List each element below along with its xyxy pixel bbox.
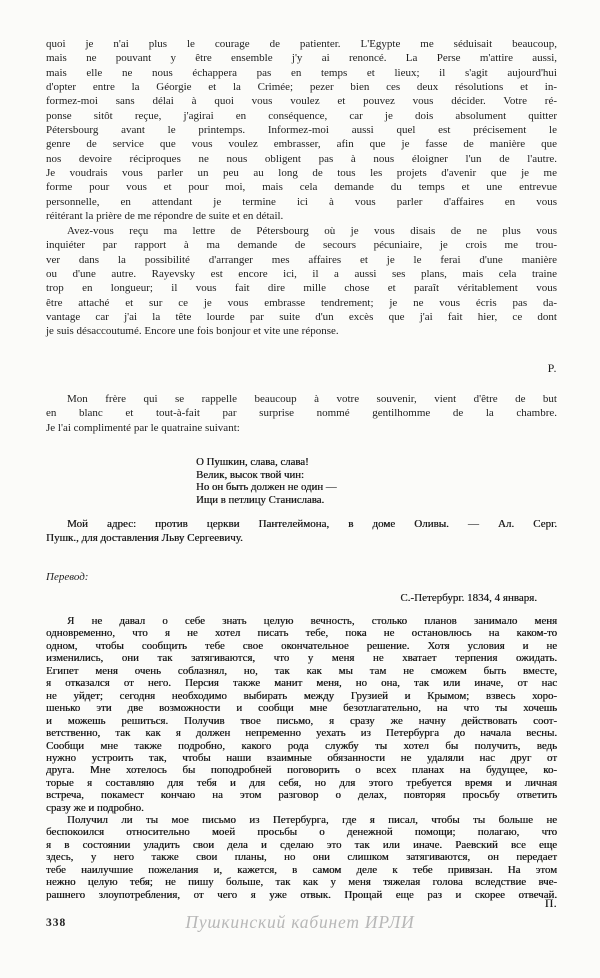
text-line: шенько эти две возможности и сообщи мне … xyxy=(46,702,557,714)
text-line: беспокоился относительно моей просьбы о … xyxy=(46,826,557,838)
french-paragraph-1: quoi je n'ai plus le courage de patiente… xyxy=(46,37,557,223)
text-line: я в состоянии уладить свои дела и сделаю… xyxy=(46,839,557,851)
text-line: Pétersbourg avant le printemps. Informez… xyxy=(46,123,557,137)
text-line: одном, чтобы сообщить тебе свое окончате… xyxy=(46,640,557,652)
text-line: formez-moi sans délai à quoi vous voulez… xyxy=(46,94,557,108)
translation-label: Перевод: xyxy=(46,571,557,583)
text-line: être attaché et sur ce je vous embrasse … xyxy=(46,296,557,310)
text-line: personnelle, en attendant je termine ici… xyxy=(46,195,557,209)
text-line: тебе наилучшие пожелания и, кажется, в с… xyxy=(46,864,557,876)
text-line: здесь, у него также свои планы, но они с… xyxy=(46,851,557,863)
text-line: ver dans la possibilité d'arranger mes a… xyxy=(46,253,557,267)
text-line: forme pour vous et pour moi, mais cela d… xyxy=(46,180,557,194)
text-line: Je l'ai complimenté par le quatraine sui… xyxy=(46,421,557,435)
text-line: изменились, они так затягиваются, что у … xyxy=(46,652,557,664)
text-line: je suis désaccoutumé. Encore une fois bo… xyxy=(46,324,557,338)
text-line: торые я составляю для тебя и для себя, н… xyxy=(46,777,557,789)
text-line: genre de service que vous voulez embrass… xyxy=(46,137,557,151)
text-line: и можешь решиться. Получив твое письмо, … xyxy=(46,715,557,727)
text-line: Я не давал о себе знать целую вечность, … xyxy=(46,615,557,627)
text-line: mais elle ne nous échappera pas en temps… xyxy=(46,66,557,80)
text-line: trop en longueur; il vous fait dire mill… xyxy=(46,281,557,295)
text-line: встреча, покамест кончаю на этом разгово… xyxy=(46,789,557,801)
text-line: не уйдет; сегодня необходимо выбирать ме… xyxy=(46,690,557,702)
text-line: d'opter entre la Géorgie et la Crimée; p… xyxy=(46,80,557,94)
text-line: vantage car j'ai la tête lourde par suit… xyxy=(46,310,557,324)
text-line: Пушк., для доставления Льву Сергеевичу. xyxy=(46,531,557,545)
text-line: Египет меня очень соблазнял, но, так как… xyxy=(46,665,557,677)
text-line: mais ne pouvant y être ensemble j'y ai r… xyxy=(46,51,557,65)
translation-dateline: С.-Петербург. 1834, 4 января. xyxy=(46,592,557,604)
russian-signature: П. xyxy=(46,898,599,910)
text-line: inquiéter par rapport à ma demande de se… xyxy=(46,238,557,252)
text-line: Сообщи мне также подробно, какого рода с… xyxy=(46,740,557,752)
text-line: Mon frère qui se rappelle beaucoup à vot… xyxy=(46,392,557,406)
text-line: Avez-vous reçu ma lettre de Pétersbourg … xyxy=(46,224,557,238)
french-paragraph-3: Mon frère qui se rappelle beaucoup à vot… xyxy=(46,392,557,435)
book-page: quoi je n'ai plus le courage de patiente… xyxy=(0,0,600,978)
text-line: Получил ли ты мое письмо из Петербурга, … xyxy=(46,814,557,826)
text-line: réitérant la prière de me répondre de su… xyxy=(46,209,557,223)
text-line: Велик, высок твой чин: xyxy=(196,469,456,482)
text-line: ou d'une autre. Rayevsky est encore ici,… xyxy=(46,267,557,281)
russian-paragraph-1: Я не давал о себе знать целую вечность, … xyxy=(46,615,557,814)
text-line: Мой адрес: против церкви Пантелеймона, в… xyxy=(46,517,557,531)
text-line: сразу же и подробно. xyxy=(46,802,557,814)
text-line: en blanc et tout-à-fait par surprise nom… xyxy=(46,406,557,420)
french-paragraph-2: Avez-vous reçu ma lettre de Pétersbourg … xyxy=(46,224,557,339)
quatrain-verse: О Пушкин, слава, слава!Велик, высок твой… xyxy=(196,456,456,506)
text-line: quoi je n'ai plus le courage de patiente… xyxy=(46,37,557,51)
address-paragraph: Мой адрес: против церкви Пантелеймона, в… xyxy=(46,517,557,545)
text-line: ponse sitôt reçue, j'agirai en conséquen… xyxy=(46,109,557,123)
french-signature: P. xyxy=(46,361,599,376)
text-line: ветственно, так как я должен непременно … xyxy=(46,727,557,739)
text-line: Ищи в петлицу Станислава. xyxy=(196,494,456,507)
text-line: друга. Мне хотелось бы поподробней погов… xyxy=(46,764,557,776)
russian-paragraph-2: Получил ли ты мое письмо из Петербурга, … xyxy=(46,814,557,901)
text-line: я отказался от него. Персия также манит … xyxy=(46,677,557,689)
text-line: нужно устроить так, чтобы наши взаимные … xyxy=(46,752,557,764)
text-line: Je voudrais vous parler un peu au long d… xyxy=(46,166,557,180)
text-line: нежно целую тебя; не пишу больше, так ка… xyxy=(46,876,557,888)
text-line: одновременно, что я не хотел писать тебе… xyxy=(46,627,557,639)
text-line: О Пушкин, слава, слава! xyxy=(196,456,456,469)
text-line: nos devoire réciproques ne nous obligent… xyxy=(46,152,557,166)
watermark: Пушкинский кабинет ИРЛИ xyxy=(0,912,600,933)
text-line: Но он быть должен не один — xyxy=(196,481,456,494)
